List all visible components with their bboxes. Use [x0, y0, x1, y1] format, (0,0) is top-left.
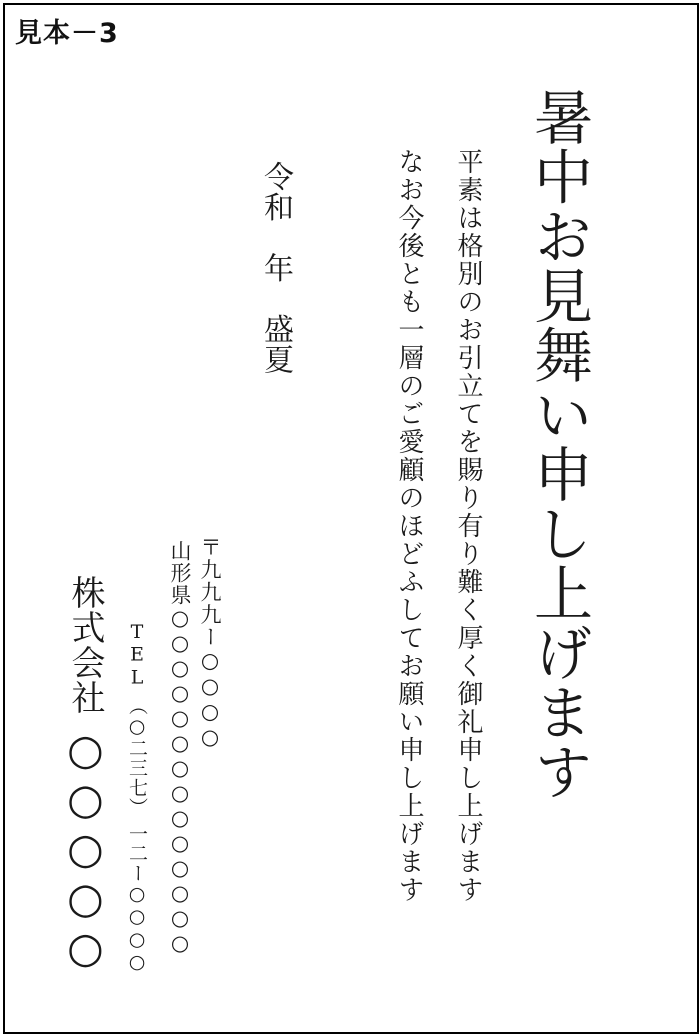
tel-label: TEL [126, 621, 148, 689]
tel-line: TEL （○二三七） 一二ー○○○○ [127, 621, 146, 974]
tel-area-code: （○二三七） [126, 696, 148, 817]
sample-label: 見本－3 [15, 11, 119, 50]
greeting-body-line-2: なお今後とも一層のご愛顧のほどふしてお願い申し上げます [396, 148, 422, 904]
postcard-sample: 見本－3 暑中お見舞い申し上げます 平素は格別のお引立てを賜り有り難く厚く御礼申… [3, 3, 699, 1034]
address-line: 山形県○○○○○○○○○○○○○○ [169, 540, 190, 956]
greeting-title: 暑中お見舞い申し上げます [529, 87, 588, 801]
postal-code: 〒九九九ー○○○○ [199, 536, 220, 751]
company-name: 株式会社 [65, 575, 105, 715]
date-line: 令和 年 盛夏 [260, 161, 290, 375]
company-line: 株式会社○○○○○ [64, 575, 106, 973]
tel-number: 一二ー○○○○ [126, 824, 148, 974]
company-name-placeholder: ○○○○○ [61, 725, 110, 973]
greeting-body-line-1: 平素は格別のお引立てを賜り有り難く厚く御礼申し上げます [455, 148, 481, 904]
